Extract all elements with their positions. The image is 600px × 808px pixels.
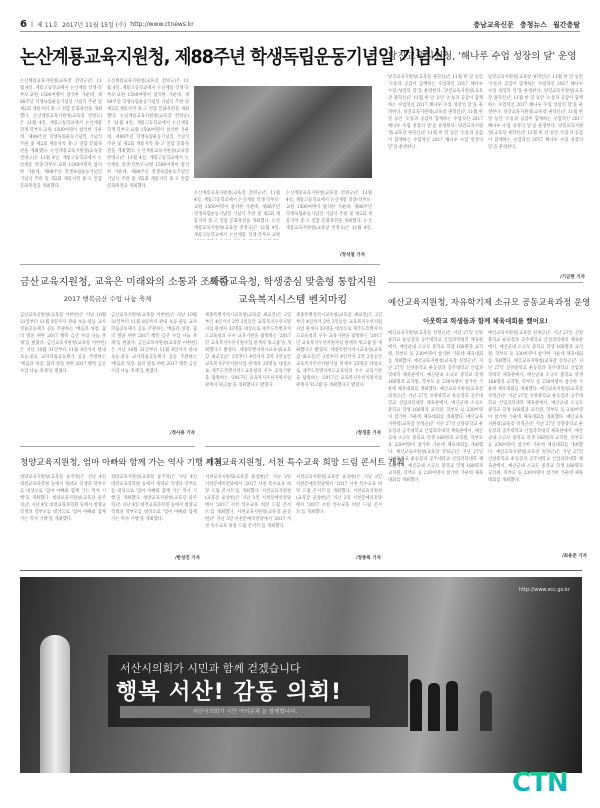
article-photo-nonsan bbox=[194, 86, 372, 178]
site-url[interactable]: http://www.ctnews.kr bbox=[130, 21, 194, 28]
issue-date: 2017년 11월 15일 (수) bbox=[62, 20, 126, 29]
article-body-seocheon-col2: 서천교육지원청(교육장 윤상현)은 지난 3일 서천문예의전당에서 '2017 … bbox=[296, 474, 382, 544]
article-body-yesan-col2: 예산교육지원청(교육장 성정근)은 지난 27일 신양중학교 운동장과 공주대학… bbox=[488, 330, 583, 548]
headline-geumsan: 금산교육지원청, 교육은 미래와의 소통과 조화다 bbox=[20, 273, 195, 288]
ctn-logo: CTN bbox=[512, 768, 568, 798]
article-body-yesan-col1: 예산교육지원청(교육장 성정근)은 지난 27일 신양중학교 운동장과 공주대학… bbox=[388, 330, 483, 558]
publication-2: 충청뉴스 bbox=[520, 20, 547, 30]
page-header: 6 | 제 11호 2017년 11월 15일 (수) http://www.c… bbox=[20, 18, 580, 32]
ad-subline: 서산시의회가 시민 여러분과 늘 함께합니다. bbox=[120, 706, 370, 718]
article-body-nonsan-col4: 논산계룡교육지원청(교육장 전영규)은 11월 4일, 계룡고등학교에서 논산계… bbox=[286, 190, 372, 230]
subhead-geumsan: 2017 행복금산 수업 나눔 축제 bbox=[20, 294, 195, 303]
byline-nonsan: /정석철 기자 bbox=[340, 252, 365, 258]
divider-line bbox=[20, 446, 195, 447]
article-body-geumsan-col2: 금산교육지원청(교육장 이한헌)은 지난 10월 31일부터 11월 8일까지 … bbox=[111, 312, 197, 408]
article-body-cheongyang-col1: 청양교육지원청(교육장 윤주혁)은 지난 4일 대전교육과학원 등에서 청양교 … bbox=[20, 474, 106, 544]
divider-line bbox=[205, 446, 380, 447]
article-body-geumsan-col1: 금산교육지원청(교육장 이한헌)은 지난 10월 31일부터 11월 8일까지 … bbox=[20, 312, 106, 415]
advertisement-seosan-council[interactable]: http://www.scc.go.kr 서산시의회가 시민과 함께 걷겠습니다… bbox=[20, 577, 582, 773]
headline-cheongyang: 청양교육지원청, 엄마 아빠와 함께 가는 역사 기행 개최 bbox=[20, 456, 195, 468]
subhead-yesan: 이웃학교 학생들과 함께 체육대회를 했어요! bbox=[388, 316, 583, 325]
divider-line bbox=[20, 264, 380, 265]
walking-people-image bbox=[410, 671, 500, 731]
publication-3: 월간충탈 bbox=[553, 20, 580, 30]
headline-sejong-line2: 교육복지시스템 벤치마킹 bbox=[205, 291, 380, 306]
byline-seocheon: /정종록 기자 bbox=[356, 555, 381, 561]
ad-tagline: 서산시의회가 시민과 함께 걷겠습니다 bbox=[120, 660, 301, 676]
article-body-dangjin-col2: 당진교육지원청(교육장 권혁신)은 11월 한 달 동안 '소통과 공감이 함께… bbox=[488, 74, 583, 254]
publication-1: 충남교육신문 bbox=[473, 20, 514, 30]
headline-dangjin: 당진교육지원청, '해나루 수업 성장의 달' 운영 bbox=[388, 48, 588, 62]
headline-sejong-line1: 세종교육청, 학생중심 맞춤형 통합지원 bbox=[205, 273, 380, 288]
headline-yesan: 예산교육지원청, 자유학기제 소규모 공동교육과정 운영 bbox=[388, 296, 583, 308]
article-body-nonsan-col1: 논산계룡교육지원청(교육장 전영규)은 11월 4일, 계룡고등학교에서 논산계… bbox=[20, 78, 102, 236]
article-body-seocheon-col1: 서천교육지원청(교육장 윤상현)은 지난 3일 서천문예의전당에서 '2017 … bbox=[205, 474, 291, 558]
divider-line bbox=[20, 570, 582, 571]
byline-geumsan: /정사용 기자 bbox=[170, 430, 195, 436]
byline-dangjin: /기금현 기자 bbox=[560, 274, 585, 280]
article-body-cheongyang-col2: 청양교육지원청(교육장 윤주혁)은 지난 4일 대전교육과학원 등에서 청양교 … bbox=[111, 474, 197, 530]
headline-seocheon: 서천교육지원청, 서천 특수교육 희망 드림 콘서트 개최 bbox=[205, 456, 380, 468]
divider: | bbox=[31, 21, 33, 28]
article-body-nonsan-col3: 논산계룡교육지원청(교육장 전영규)은 11월 4일, 계룡고등학교에서 논산계… bbox=[194, 190, 280, 240]
issue-number: 제 11호 bbox=[37, 20, 58, 29]
divider-line bbox=[388, 282, 583, 283]
byline-cheongyang: /한성진 기자 bbox=[175, 555, 200, 561]
totem-pole-image bbox=[40, 635, 70, 773]
byline-sejong: /정경훈 기자 bbox=[356, 430, 381, 436]
byline-yesan: /최용준 기자 bbox=[562, 553, 587, 559]
article-body-dangjin-col1: 당진교육지원청(교육장 권혁신)은 11월 한 달 동안 '소통과 공감이 함께… bbox=[388, 74, 483, 268]
article-body-nonsan-col2: 논산계룡교육지원청(교육장 전영규)은 11월 4일, 계룡고등학교에서 논산계… bbox=[107, 78, 189, 236]
article-body-sejong-col2: 세종특별자치시교육청(교육감 최교진)은 2일부터 4일까지 2박 3일동안 교… bbox=[296, 312, 382, 408]
ad-url[interactable]: http://www.scc.go.kr bbox=[519, 587, 570, 593]
ad-headline: 행복 서산! 감동 의회! bbox=[116, 675, 342, 706]
article-body-sejong-col1: 세종특별자치시교육청(교육감 최교진)은 2일부터 4일까지 2박 3일동안 교… bbox=[205, 312, 291, 420]
headline-nonsan: 논산계룡교육지원청, 제88주년 학생독립운동기념일 기념식 bbox=[20, 42, 342, 69]
page-number: 6 bbox=[20, 19, 27, 30]
